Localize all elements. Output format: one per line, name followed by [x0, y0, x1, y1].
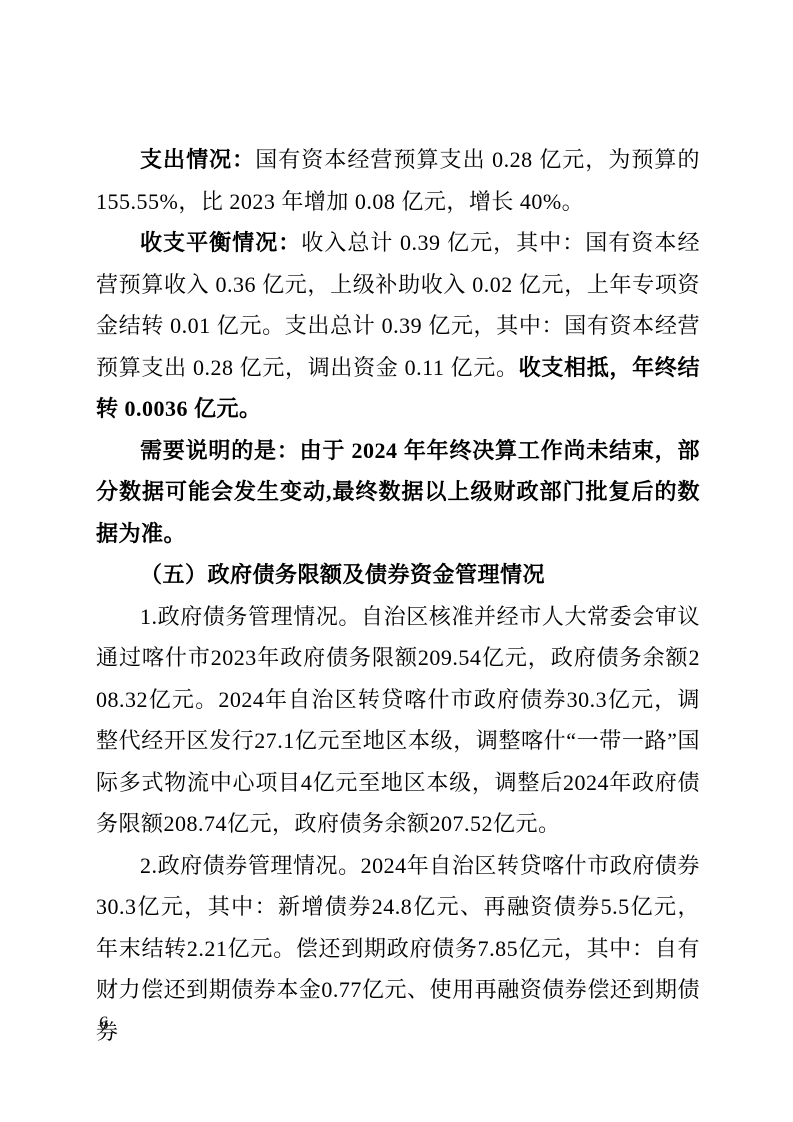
paragraph-bond-management: 2.政府债券管理情况。2024年自治区转贷喀什市政府债券30.3亿元，其中：新增…: [96, 845, 700, 1053]
document-page: 支出情况：国有资本经营预算支出 0.28 亿元，为预算的 155.55%，比 2…: [0, 0, 793, 1122]
section-heading-five-text: （五）政府债务限额及债券资金管理情况: [140, 562, 545, 587]
document-body: 支出情况：国有资本经营预算支出 0.28 亿元，为预算的 155.55%，比 2…: [96, 139, 700, 1052]
paragraph-note: 需要说明的是：由于 2024 年年终决算工作尚未结束，部分数据可能会发生变动,最…: [96, 430, 700, 555]
paragraph-note-text: 需要说明的是：由于 2024 年年终决算工作尚未结束，部分数据可能会发生变动,最…: [96, 438, 700, 546]
paragraph-bond-management-text: 2.政府债券管理情况。2024年自治区转贷喀什市政府债券30.3亿元，其中：新增…: [96, 853, 700, 1044]
page-number: 6: [99, 1012, 109, 1036]
section-heading-five: （五）政府债务限额及债券资金管理情况: [96, 554, 700, 596]
paragraph-balance: 收支平衡情况：收入总计 0.39 亿元，其中：国有资本经营预算收入 0.36 亿…: [96, 222, 700, 430]
paragraph-balance-lead: 收支平衡情况：: [140, 230, 301, 255]
paragraph-debt-management: 1.政府债务管理情况。自治区核准并经市人大常委会审议通过喀什市2023年政府债务…: [96, 596, 700, 845]
paragraph-expenditure: 支出情况：国有资本经营预算支出 0.28 亿元，为预算的 155.55%，比 2…: [96, 139, 700, 222]
paragraph-debt-management-text: 1.政府债务管理情况。自治区核准并经市人大常委会审议通过喀什市2023年政府债务…: [96, 604, 700, 837]
paragraph-expenditure-lead: 支出情况：: [140, 147, 255, 172]
